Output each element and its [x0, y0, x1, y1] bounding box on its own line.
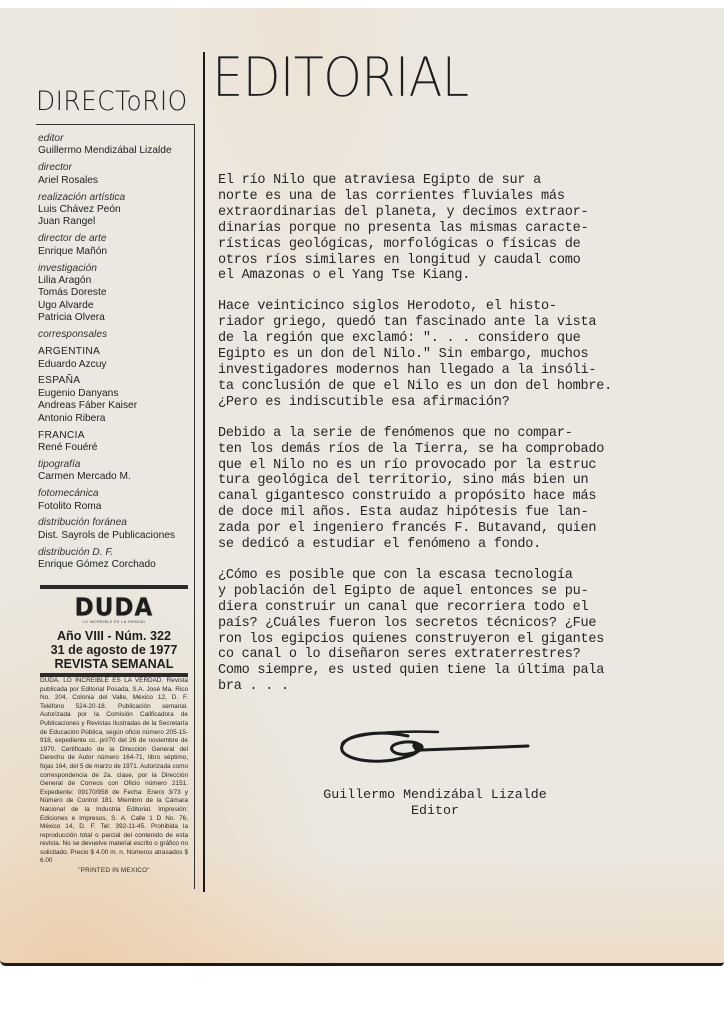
legal-text: DUDA. LO INCREIBLE ES LA VERDAD. Revista… — [40, 677, 188, 866]
directory-name: René Fouéré — [38, 442, 190, 454]
directory-role: distribución foránea — [38, 517, 190, 529]
directory-name: Luis Chávez Peón — [38, 204, 190, 216]
editorial-paragraph: Hace veinticinco siglos Herodoto, el his… — [218, 299, 668, 410]
directory-name: Antonio Ribera — [38, 413, 190, 425]
directory-name: Fotolito Roma — [38, 501, 190, 513]
directory-group: investigaciónLilia AragónTomás DoresteUg… — [38, 263, 190, 325]
signer-name: Guillermo Mendizábal Lizalde — [300, 787, 570, 803]
directory-name: Eugenio Danyans — [38, 388, 190, 400]
directory-group: distribución foráneaDist. Sayrols de Pub… — [38, 517, 190, 542]
issue-number: Año VIII - Núm. 322 — [38, 629, 190, 643]
directory-group: tipografíaCarmen Mercado M. — [38, 459, 190, 484]
directory-role: realización artística — [38, 192, 190, 204]
directory-name: Lilia Aragón — [38, 275, 190, 287]
editorial-body: El río Nilo que atraviesa Egipto de sur … — [218, 173, 668, 710]
directory-role: director de arte — [38, 233, 190, 245]
directory-country: ESPAÑA — [38, 375, 190, 387]
directory-group: realización artísticaLuis Chávez PeónJua… — [38, 192, 190, 229]
directory-name: Enrique Mañón — [38, 246, 190, 258]
directory-group: FRANCIARené Fouéré — [38, 430, 190, 455]
directory-title: DIRECToRIO — [36, 86, 174, 117]
directory-role: distribución D. F. — [38, 547, 190, 559]
directory-group: ESPAÑAEugenio DanyansAndreas Fáber Kaise… — [38, 375, 190, 425]
directory-group: distribución D. F.Enrique Gómez Corchado — [38, 547, 190, 572]
directory-country: FRANCIA — [38, 430, 190, 442]
directory-name: Enrique Gómez Corchado — [38, 559, 190, 571]
directory-list: editorGuillermo Mendizábal Lizaldedirect… — [38, 133, 190, 576]
directory-group: directorAriel Rosales — [38, 162, 190, 187]
directory-name: Ariel Rosales — [38, 175, 190, 187]
directory-role: fotomecánica — [38, 488, 190, 500]
directory-name: Juan Rangel — [38, 216, 190, 228]
directory-frame-right — [194, 124, 195, 889]
directory-name: Carmen Mercado M. — [38, 471, 190, 483]
directory-frame-top — [36, 124, 194, 125]
directory-name: Dist. Sayrols de Publicaciones — [38, 530, 190, 542]
signer-role: Editor — [300, 803, 570, 819]
signature-block: Guillermo Mendizábal Lizalde Editor — [300, 787, 570, 819]
legal-notice: DUDA. LO INCREIBLE ES LA VERDAD. Revista… — [40, 677, 188, 876]
editorial-paragraph: El río Nilo que atraviesa Egipto de sur … — [218, 173, 668, 284]
directory-role: corresponsales — [38, 329, 190, 341]
publication-type: REVISTA SEMANAL — [38, 657, 190, 671]
directory-group: director de arteEnrique Mañón — [38, 233, 190, 258]
editorial-paragraph: ¿Cómo es posible que con la escasa tecno… — [218, 568, 668, 695]
directory-group: ARGENTINAEduardo Azcuy — [38, 346, 190, 371]
masthead-block: DUDA LO INCREIBLE ES LA VERDAD Año VIII … — [38, 585, 190, 677]
directory-name: Eduardo Azcuy — [38, 359, 190, 371]
directory-role: investigación — [38, 263, 190, 275]
duda-logo: DUDA — [38, 594, 190, 623]
directory-name: Patricia Olvera — [38, 312, 190, 324]
directory-group: corresponsales — [38, 329, 190, 341]
directory-name: Guillermo Mendizábal Lizalde — [38, 145, 190, 157]
directory-group: fotomecánicaFotolito Roma — [38, 488, 190, 513]
directory-country: ARGENTINA — [38, 346, 190, 358]
divider-bar — [40, 585, 188, 589]
editorial-column-rule — [203, 52, 205, 892]
directory-name: Ugo Alvarde — [38, 300, 190, 312]
issue-date: 31 de agosto de 1977 — [38, 643, 190, 657]
magazine-page: DIRECToRIO editorGuillermo Mendizábal Li… — [0, 8, 724, 966]
directory-role: tipografía — [38, 459, 190, 471]
directory-role: director — [38, 162, 190, 174]
directory-role: editor — [38, 133, 190, 145]
editorial-paragraph: Debido a la serie de fenómenos que no co… — [218, 426, 668, 553]
directory-name: Andreas Fáber Kaiser — [38, 400, 190, 412]
directory-group: editorGuillermo Mendizábal Lizalde — [38, 133, 190, 158]
editorial-title: EDITORIAL — [212, 46, 468, 109]
directory-name: Tomás Doreste — [38, 287, 190, 299]
signature-icon — [338, 728, 538, 776]
printed-in-mexico: "PRINTED IN MEXICO" — [40, 867, 188, 876]
